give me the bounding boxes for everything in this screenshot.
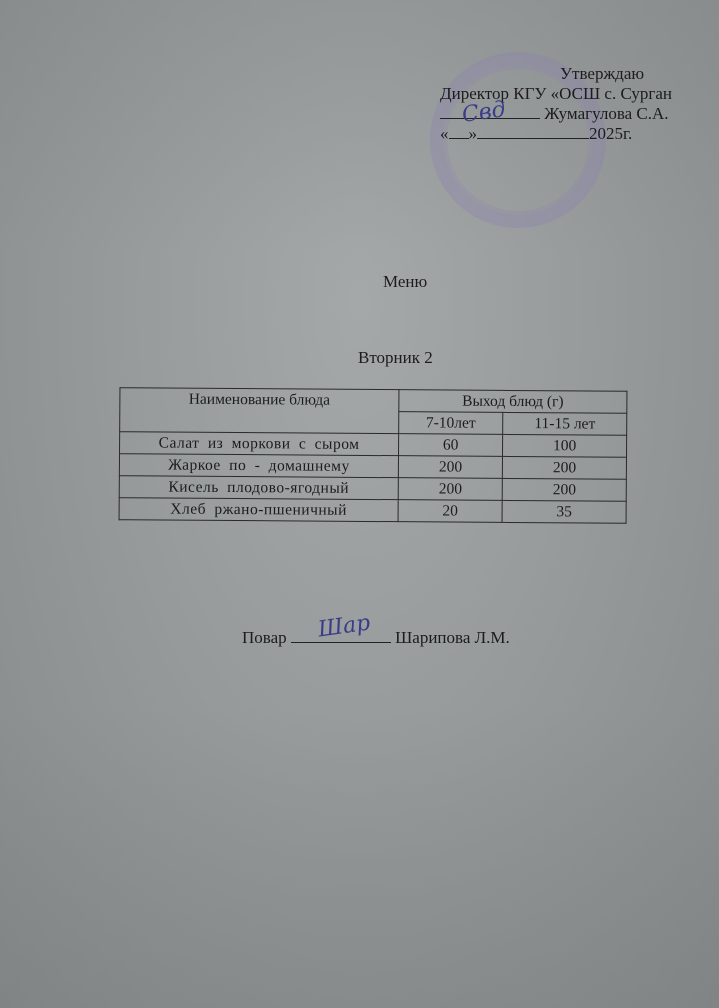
- header-dish-name: Наименование блюда: [120, 388, 399, 434]
- dish-name: Хлеб ржано-пшеничный: [119, 498, 398, 522]
- month-blank: [477, 124, 589, 139]
- table-header-row: Наименование блюда Выход блюд (г): [120, 388, 627, 414]
- portion-11-15: 200: [503, 456, 627, 479]
- portion-7-10: 200: [398, 478, 502, 501]
- director-name: Жумагулова С.А.: [544, 104, 668, 123]
- portion-7-10: 200: [398, 456, 502, 479]
- approval-year: 2025г.: [589, 124, 632, 143]
- subheader-age-11-15: 11-15 лет: [503, 412, 627, 435]
- portion-11-15: 35: [502, 500, 626, 523]
- subheader-age-7-10: 7-10лет: [399, 412, 503, 435]
- portion-11-15: 200: [502, 478, 626, 501]
- day-label: Вторник 2: [358, 348, 433, 368]
- date-open-quote: «: [440, 124, 449, 143]
- portion-7-10: 20: [398, 500, 502, 523]
- dish-name: Кисель плодово-ягодный: [119, 476, 398, 500]
- page-title: Меню: [383, 272, 427, 292]
- portion-11-15: 100: [503, 434, 627, 457]
- cook-label: Повар: [242, 628, 287, 647]
- approval-heading: Утверждаю: [560, 64, 644, 84]
- portion-7-10: 60: [398, 434, 502, 457]
- cook-signature-line: Повар Шарипова Л.М.: [242, 628, 510, 648]
- table-row: Хлеб ржано-пшеничный 20 35: [119, 498, 626, 524]
- cook-name: Шарипова Л.М.: [395, 628, 510, 647]
- menu-table: Наименование блюда Выход блюд (г) 7-10ле…: [119, 387, 628, 524]
- dish-name: Салат из моркови с сыром: [120, 432, 399, 456]
- dish-name: Жаркое по - домашнему: [119, 454, 398, 478]
- header-output: Выход блюд (г): [399, 390, 627, 414]
